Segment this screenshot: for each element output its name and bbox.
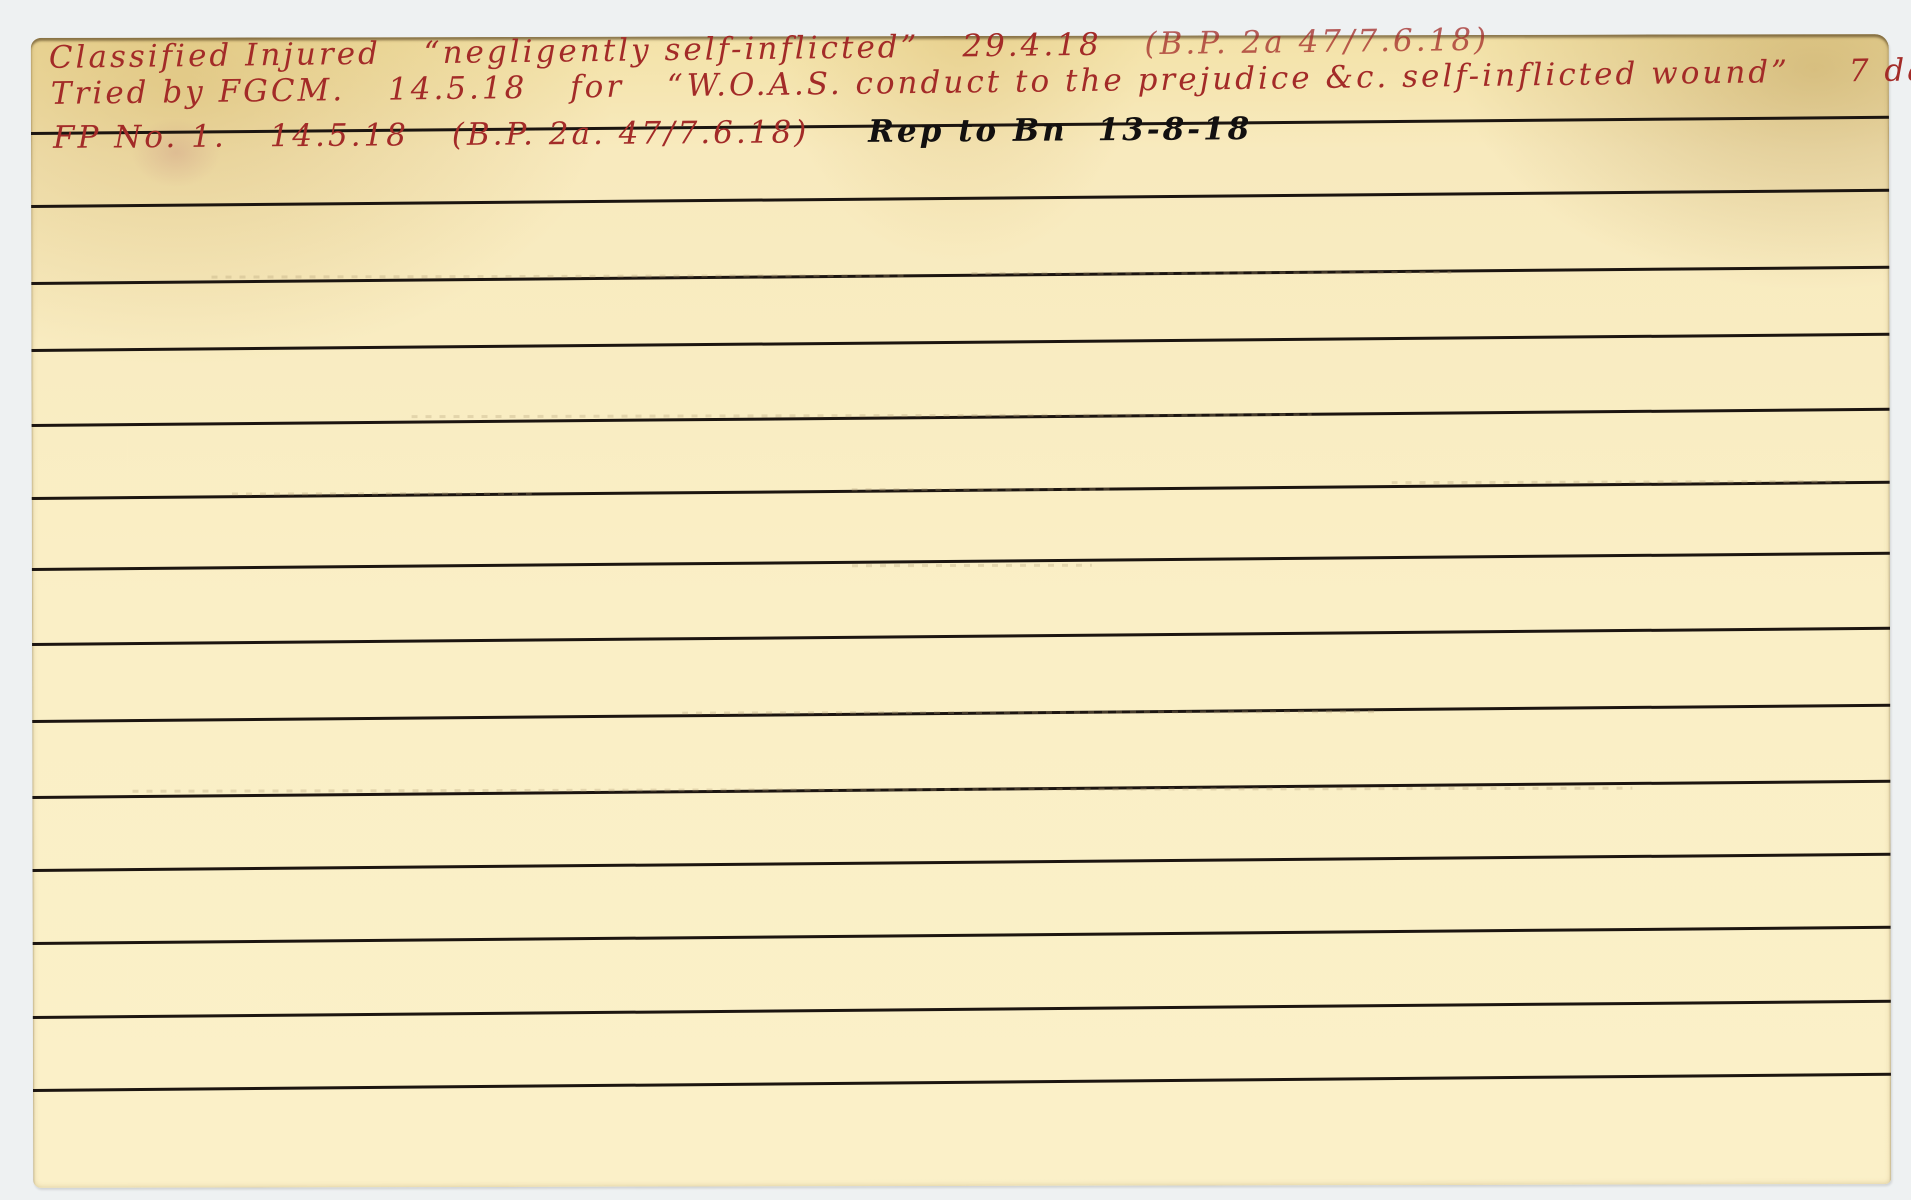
show-through-print [132,787,1632,793]
ruled-line [32,408,1890,427]
ruled-line [33,853,1891,872]
ruled-line [31,333,1889,352]
show-through-print [682,710,1382,714]
entry-rejoined-battalion: Rep to Bn13-8-18 [868,111,1252,150]
ruled-line [33,1073,1891,1092]
show-through-print [971,271,1451,275]
ruled-line [32,552,1890,571]
entry-field-punishment: FP No. 1. 14.5.18 (B.P. 2a. 47/7.6.18) R… [53,111,1252,156]
show-through-print [232,492,532,496]
ruled-line [33,926,1891,945]
ruled-line [32,627,1890,646]
ruled-line [31,189,1889,208]
index-card: Classified Injured “negligently self-inf… [31,34,1891,1188]
show-through-print [852,564,1092,568]
ruled-line [33,1000,1891,1019]
show-through-print [852,488,1112,492]
